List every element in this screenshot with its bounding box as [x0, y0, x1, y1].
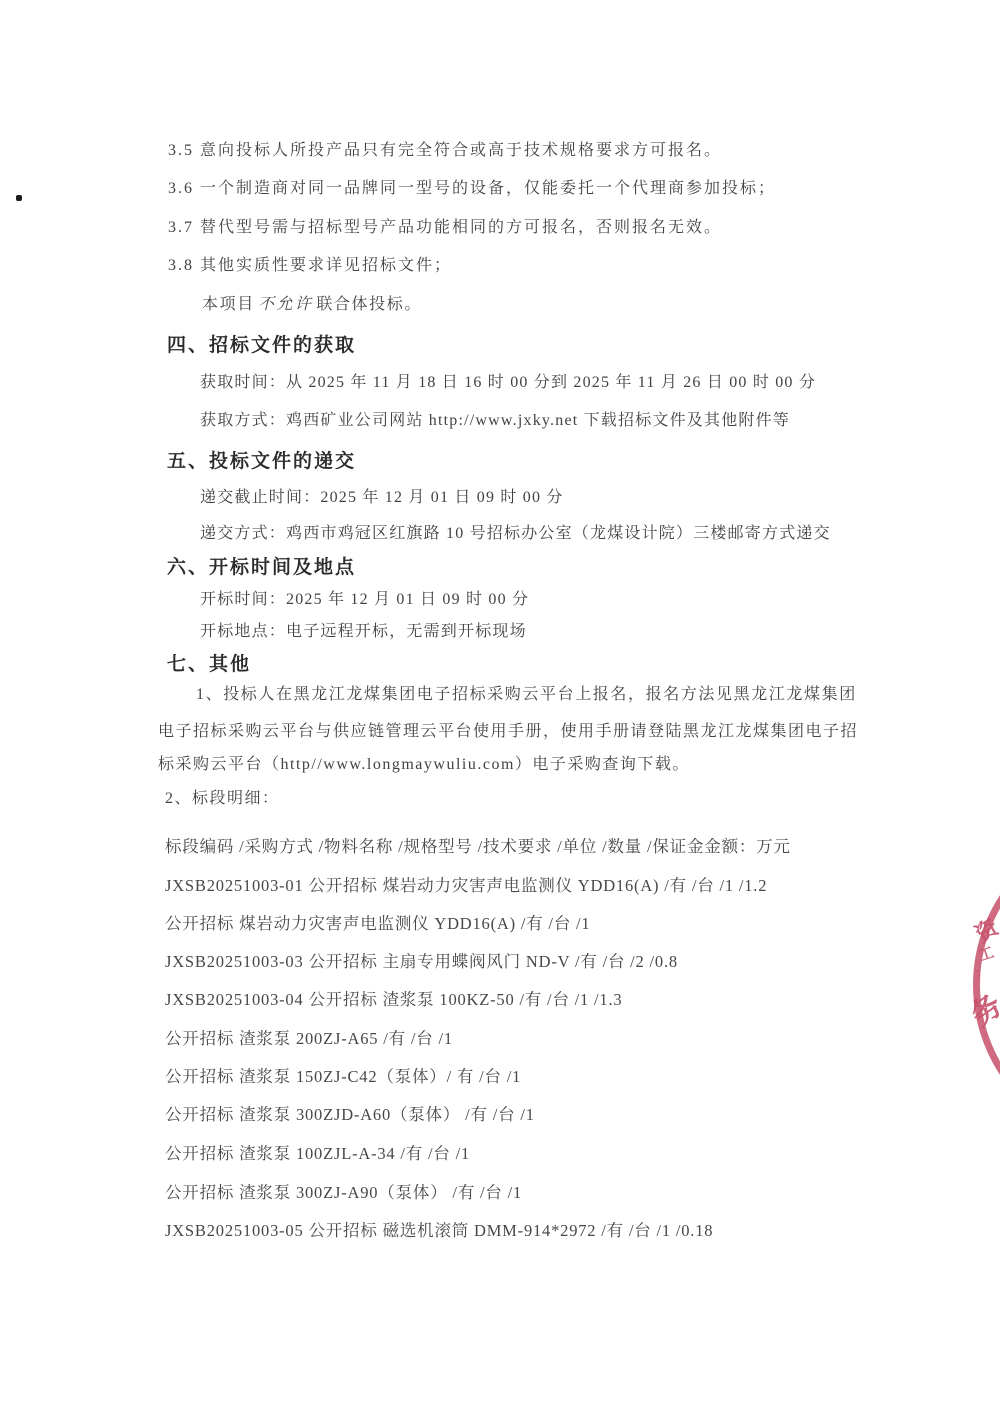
lot-detail-label: 2、标段明细：: [165, 791, 280, 807]
section-4-title: 四、招标文件的获取: [167, 336, 356, 355]
obtain-time-line: 获取时间：从 2025 年 11 月 18 日 16 时 00 分到 2025 …: [200, 375, 816, 391]
clause-3-7: 3.7 替代型号需与招标型号产品功能相同的方可报名，否则报名无效。: [168, 220, 722, 236]
lot-row: 公开招标 煤岩动力灾害声电监测仪 YDD16(A) /有 /台 /1: [165, 916, 590, 933]
opening-place-line: 开标地点：电子远程开标，无需到开标现场: [200, 624, 527, 640]
lot-table-header: 标段编码 /采购方式 /物料名称 /规格型号 /技术要求 /单位 /数量 /保证…: [165, 839, 791, 856]
section-7-title: 七、其他: [167, 655, 251, 674]
lot-row: 公开招标 渣浆泵 200ZJ-A65 /有 /台 /1: [165, 1031, 453, 1048]
clause-3-6: 3.6 一个制造商对同一品牌同一型号的设备，仅能委托一个代理商参加投标；: [168, 181, 776, 197]
other-para1-line2: 电子招标采购云平台与供应链管理云平台使用手册，使用手册请登陆黑龙江龙煤集团电子招: [158, 724, 858, 740]
red-seal-ring: [973, 822, 1000, 1148]
joint-bid-emphasis: 不允许: [255, 296, 317, 313]
section-6-title: 六、开标时间及地点: [167, 558, 356, 577]
obtain-method-line: 获取方式：鸡西矿业公司网站 http://www.jxky.net 下载招标文件…: [200, 413, 790, 429]
section-5-title: 五、投标文件的递交: [167, 452, 356, 471]
lot-row: JXSB20251003-05 公开招标 磁选机滚筒 DMM-914*2972 …: [165, 1223, 713, 1240]
joint-bid-suffix: 联合体投标。: [316, 296, 422, 313]
lot-row: JXSB20251003-04 公开招标 渣浆泵 100KZ-50 /有 /台 …: [165, 992, 622, 1009]
lot-row: 公开招标 渣浆泵 100ZJL-A-34 /有 /台 /1: [165, 1146, 470, 1163]
lot-row: 公开招标 渣浆泵 300ZJ-A90（泵体） /有 /台 /1: [165, 1185, 522, 1202]
joint-bid-prefix: 本项目: [202, 296, 255, 313]
lot-row: JXSB20251003-01 公开招标 煤岩动力灾害声电监测仪 YDD16(A…: [165, 878, 767, 895]
submission-method-line: 递交方式：鸡西市鸡冠区红旗路 10 号招标办公室（龙煤设计院）三楼邮寄方式递交: [200, 526, 831, 542]
lot-row: 公开招标 渣浆泵 150ZJ-C42（泵体）/ 有 /台 /1: [165, 1069, 521, 1086]
lot-row: JXSB20251003-03 公开招标 主扇专用蝶阀风门 ND-V /有 /台…: [165, 954, 678, 971]
submission-deadline-line: 递交截止时间：2025 年 12 月 01 日 09 时 00 分: [200, 490, 564, 506]
lot-row: 公开招标 渣浆泵 300ZJD-A60（泵体） /有 /台 /1: [165, 1107, 535, 1124]
scan-ink-dot: [16, 195, 22, 201]
other-para1-line1: 1、投标人在黑龙江龙煤集团电子招标采购云平台上报名，报名方法见黑龙江龙煤集团: [196, 687, 857, 703]
joint-bid-statement: 本项目不允许联合体投标。: [202, 297, 422, 313]
scanned-tender-document-page: 3.5 意向投标人所投产品只有完全符合或高于技术规格要求方可报名。 3.6 一个…: [0, 0, 1000, 1426]
other-para1-line3: 标采购云平台（http//www.longmaywuliu.com）电子采购查询…: [158, 757, 690, 773]
clause-3-8: 3.8 其他实质性要求详见招标文件；: [168, 258, 452, 274]
clause-3-5: 3.5 意向投标人所投产品只有完全符合或高于技术规格要求方可报名。: [168, 143, 722, 159]
opening-time-line: 开标时间：2025 年 12 月 01 日 09 时 00 分: [200, 592, 529, 608]
